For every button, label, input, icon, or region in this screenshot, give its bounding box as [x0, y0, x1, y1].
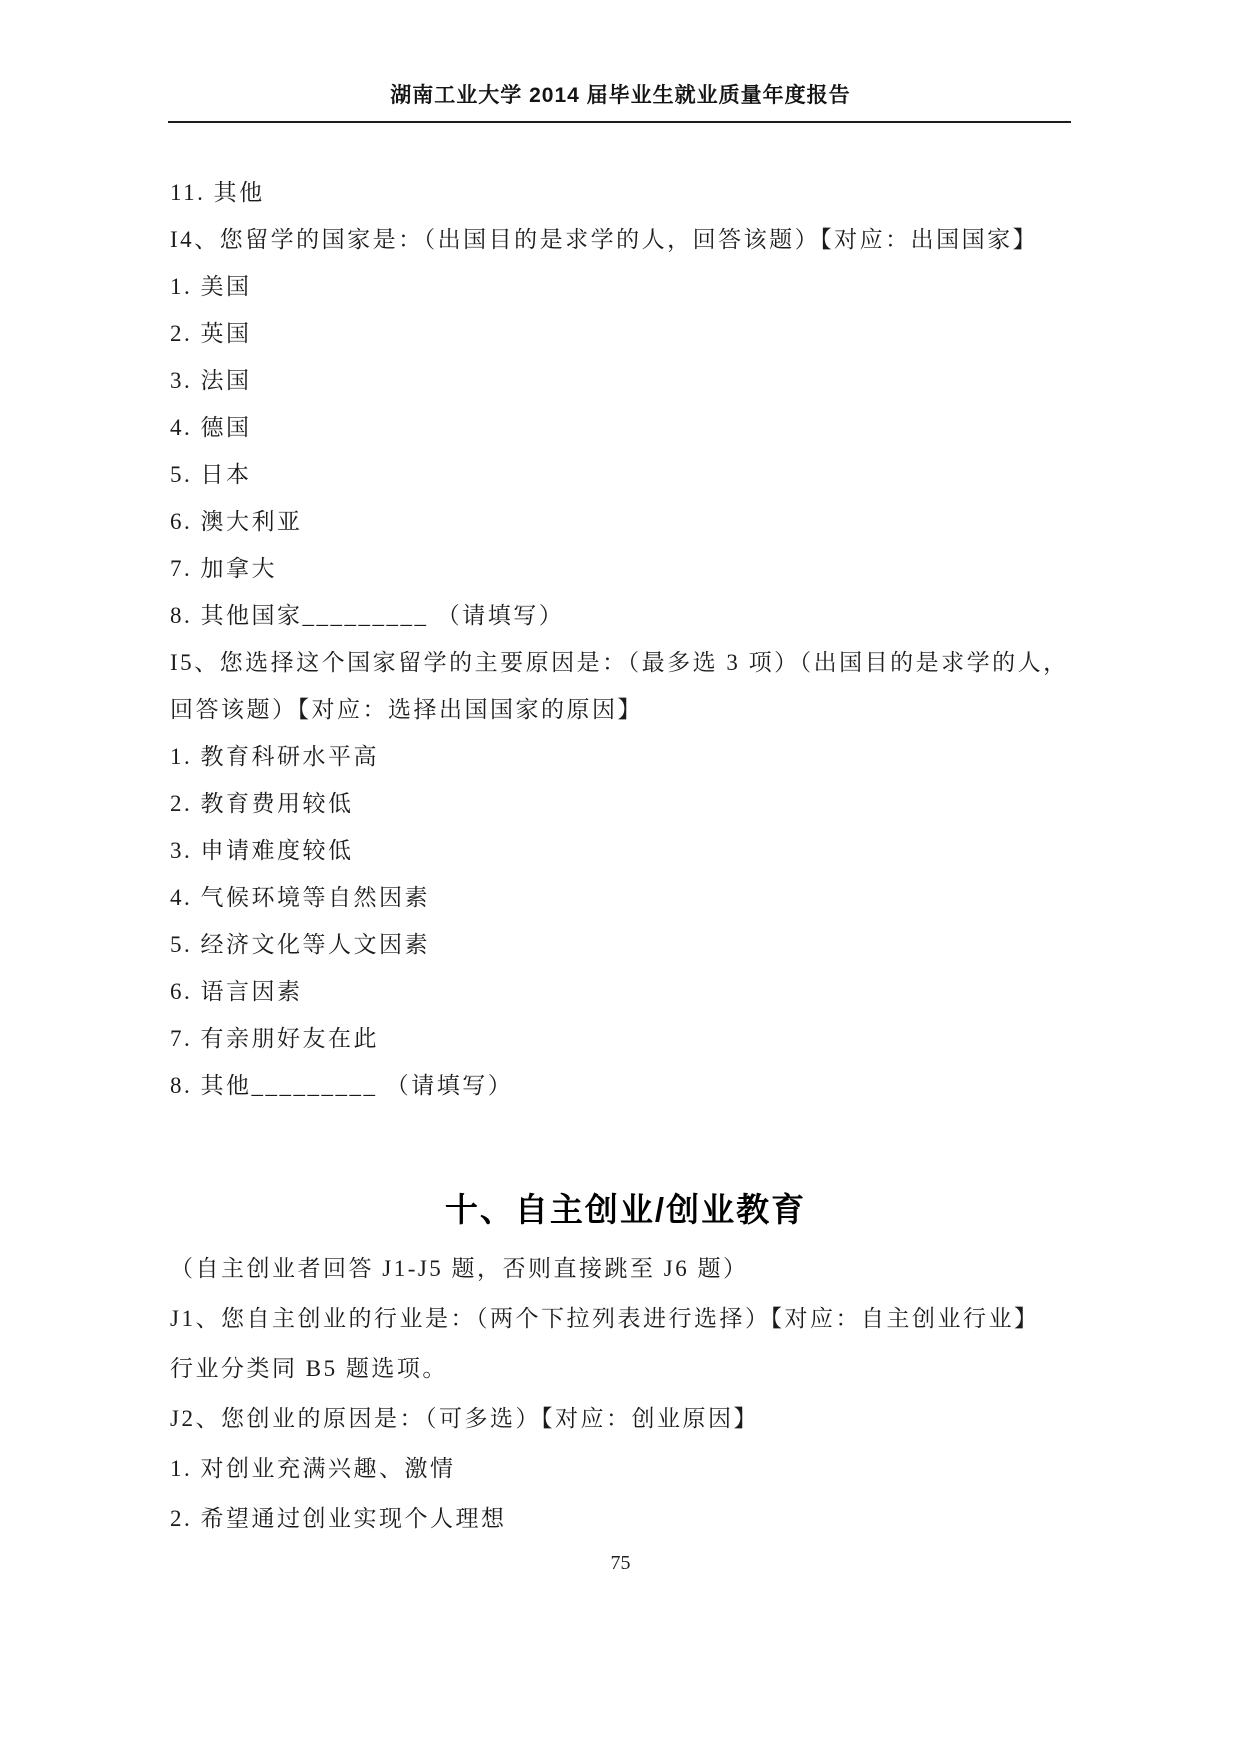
section-heading: 十、自主创业/创业教育 [170, 1184, 1081, 1236]
option-line: 2. 希望通过创业实现个人理想 [170, 1494, 1081, 1544]
section-study-abroad: 11. 其他I4、您留学的国家是：（出国目的是求学的人，回答该题）【对应：出国国… [170, 169, 1081, 1109]
note-line: 行业分类同 B5 题选项。 [170, 1344, 1081, 1394]
option-line: 7. 加拿大 [170, 545, 1081, 592]
option-line: 1. 美国 [170, 263, 1081, 310]
option-line: 3. 申请难度较低 [170, 827, 1081, 874]
question-line: 回答该题）【对应：选择出国国家的原因】 [170, 686, 1081, 733]
option-line: 5. 日本 [170, 451, 1081, 498]
page-header: 湖南工业大学 2014 届毕业生就业质量年度报告 [0, 0, 1241, 123]
question-line: J1、您自主创业的行业是：（两个下拉列表进行选择）【对应：自主创业行业】 [170, 1294, 1081, 1344]
document-body: 11. 其他I4、您留学的国家是：（出国目的是求学的人，回答该题）【对应：出国国… [0, 123, 1241, 1544]
option-line: 8. 其他_________ （请填写） [170, 1062, 1081, 1109]
option-line: 6. 澳大利亚 [170, 498, 1081, 545]
option-line: 4. 德国 [170, 404, 1081, 451]
option-line: 2. 英国 [170, 310, 1081, 357]
page-number: 75 [0, 1552, 1241, 1575]
document-page: 湖南工业大学 2014 届毕业生就业质量年度报告 11. 其他I4、您留学的国家… [0, 0, 1241, 1754]
question-line: I5、您选择这个国家留学的主要原因是：（最多选 3 项）（出国目的是求学的人， [170, 639, 1081, 686]
section-entrepreneurship: （自主创业者回答 J1-J5 题，否则直接跳至 J6 题）J1、您自主创业的行业… [170, 1244, 1081, 1544]
option-line: 8. 其他国家_________ （请填写） [170, 592, 1081, 639]
option-line: 2. 教育费用较低 [170, 780, 1081, 827]
question-line: I4、您留学的国家是：（出国目的是求学的人，回答该题）【对应：出国国家】 [170, 216, 1081, 263]
option-line: 7. 有亲朋好友在此 [170, 1015, 1081, 1062]
question-line: J2、您创业的原因是：（可多选）【对应：创业原因】 [170, 1394, 1081, 1444]
header-title: 湖南工业大学 2014 届毕业生就业质量年度报告 [0, 0, 1241, 108]
option-line: 11. 其他 [170, 169, 1081, 216]
option-line: 1. 教育科研水平高 [170, 733, 1081, 780]
option-line: 5. 经济文化等人文因素 [170, 921, 1081, 968]
option-line: 3. 法国 [170, 357, 1081, 404]
option-line: 1. 对创业充满兴趣、激情 [170, 1444, 1081, 1494]
option-line: 6. 语言因素 [170, 968, 1081, 1015]
option-line: 4. 气候环境等自然因素 [170, 874, 1081, 921]
note-line: （自主创业者回答 J1-J5 题，否则直接跳至 J6 题） [170, 1244, 1081, 1294]
